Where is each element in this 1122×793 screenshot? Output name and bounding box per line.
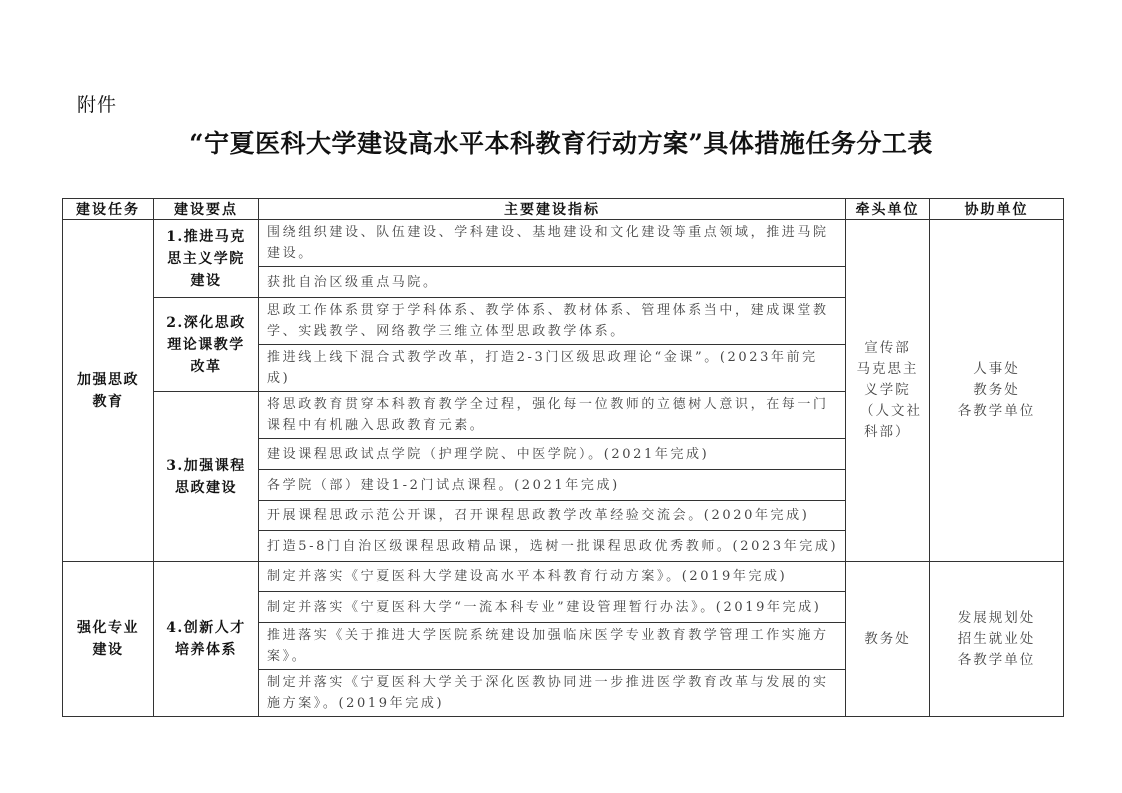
- indicator-cell: 思政工作体系贯穿于学科体系、教学体系、教材体系、管理体系当中，建成课堂教学、实践…: [259, 298, 846, 345]
- indicator-cell: 制定并落实《宁夏医科大学“一流本科专业”建设管理暂行办法》。(2019年完成): [259, 592, 846, 623]
- table-header-row: 建设任务 建设要点 主要建设指标 牵头单位 协助单位: [63, 199, 1064, 220]
- indicator-cell: 围绕组织建设、队伍建设、学科建设、基地建设和文化建设等重点领域，推进马院建设。: [259, 220, 846, 267]
- assist-unit-cell: 发展规划处 招生就业处 各教学单位: [930, 562, 1064, 717]
- column-header-task: 建设任务: [63, 199, 154, 220]
- indicator-cell: 开展课程思政示范公开课，召开课程思政教学改革经验交流会。(2020年完成): [259, 501, 846, 531]
- key-point-label: 3.加强课程思政建设: [154, 455, 258, 499]
- document-title: “宁夏医科大学建设高水平本科教育行动方案”具体措施任务分工表: [0, 124, 1122, 160]
- key-point-label: 2.深化思政理论课教学改革: [154, 312, 258, 378]
- assist-unit-cell: 人事处 教务处 各教学单位: [930, 220, 1064, 562]
- task-label: 强化专业建设: [63, 617, 153, 661]
- indicator-cell: 获批自治区级重点马院。: [259, 267, 846, 298]
- lead-unit-line: 马克思主: [846, 359, 929, 380]
- task-cell: 加强思政教育: [63, 220, 154, 562]
- indicator-cell: 制定并落实《宁夏医科大学建设高水平本科教育行动方案》。(2019年完成): [259, 562, 846, 592]
- key-point-cell: 3.加强课程思政建设: [154, 392, 259, 562]
- key-point-cell: 1.推进马克思主义学院建设: [154, 220, 259, 298]
- lead-unit-line: 教务处: [846, 629, 929, 650]
- column-header-assist-unit: 协助单位: [930, 199, 1064, 220]
- assist-unit-line: 发展规划处: [930, 608, 1063, 629]
- table-row: 加强思政教育 1.推进马克思主义学院建设 围绕组织建设、队伍建设、学科建设、基地…: [63, 220, 1064, 267]
- assist-unit-line: 教务处: [930, 380, 1063, 401]
- key-point-label: 1.推进马克思主义学院建设: [154, 226, 258, 292]
- assist-unit-line: 各教学单位: [930, 650, 1063, 671]
- table-row: 强化专业建设 4.创新人才培养体系 制定并落实《宁夏医科大学建设高水平本科教育行…: [63, 562, 1064, 592]
- assist-unit-line: 招生就业处: [930, 629, 1063, 650]
- task-division-table: 建设任务 建设要点 主要建设指标 牵头单位 协助单位 加强思政教育 1.推进马克…: [62, 198, 1064, 717]
- column-header-key-point: 建设要点: [154, 199, 259, 220]
- attachment-label: 附件: [77, 90, 117, 117]
- key-point-label: 4.创新人才培养体系: [154, 617, 258, 661]
- lead-unit-line: 宣传部: [846, 338, 929, 359]
- indicator-cell: 打造5-8门自治区级课程思政精品课，选树一批课程思政优秀教师。(2023年完成): [259, 531, 846, 562]
- indicator-cell: 建设课程思政试点学院（护理学院、中医学院）。(2021年完成): [259, 439, 846, 470]
- assist-unit-line: 各教学单位: [930, 401, 1063, 422]
- lead-unit-cell: 教务处: [846, 562, 930, 717]
- task-label: 加强思政教育: [63, 369, 153, 413]
- indicator-cell: 各学院（部）建设1-2门试点课程。(2021年完成): [259, 470, 846, 501]
- lead-unit-cell: 宣传部 马克思主 义学院 （人文社 科部）: [846, 220, 930, 562]
- indicator-cell: 将思政教育贯穿本科教育教学全过程，强化每一位教师的立德树人意识，在每一门课程中有…: [259, 392, 846, 439]
- key-point-cell: 2.深化思政理论课教学改革: [154, 298, 259, 392]
- lead-unit-line: 科部）: [846, 422, 929, 443]
- indicator-cell: 制定并落实《宁夏医科大学关于深化医教协同进一步推进医学教育改革与发展的实施方案》…: [259, 670, 846, 717]
- task-cell: 强化专业建设: [63, 562, 154, 717]
- indicator-cell: 推进落实《关于推进大学医院系统建设加强临床医学专业教育教学管理工作实施方案》。: [259, 623, 846, 670]
- lead-unit-line: （人文社: [846, 401, 929, 422]
- key-point-cell: 4.创新人才培养体系: [154, 562, 259, 717]
- indicator-cell: 推进线上线下混合式教学改革，打造2-3门区级思政理论“金课”。(2023年前完成…: [259, 345, 846, 392]
- column-header-lead-unit: 牵头单位: [846, 199, 930, 220]
- assist-unit-line: 人事处: [930, 359, 1063, 380]
- column-header-indicator: 主要建设指标: [259, 199, 846, 220]
- lead-unit-line: 义学院: [846, 380, 929, 401]
